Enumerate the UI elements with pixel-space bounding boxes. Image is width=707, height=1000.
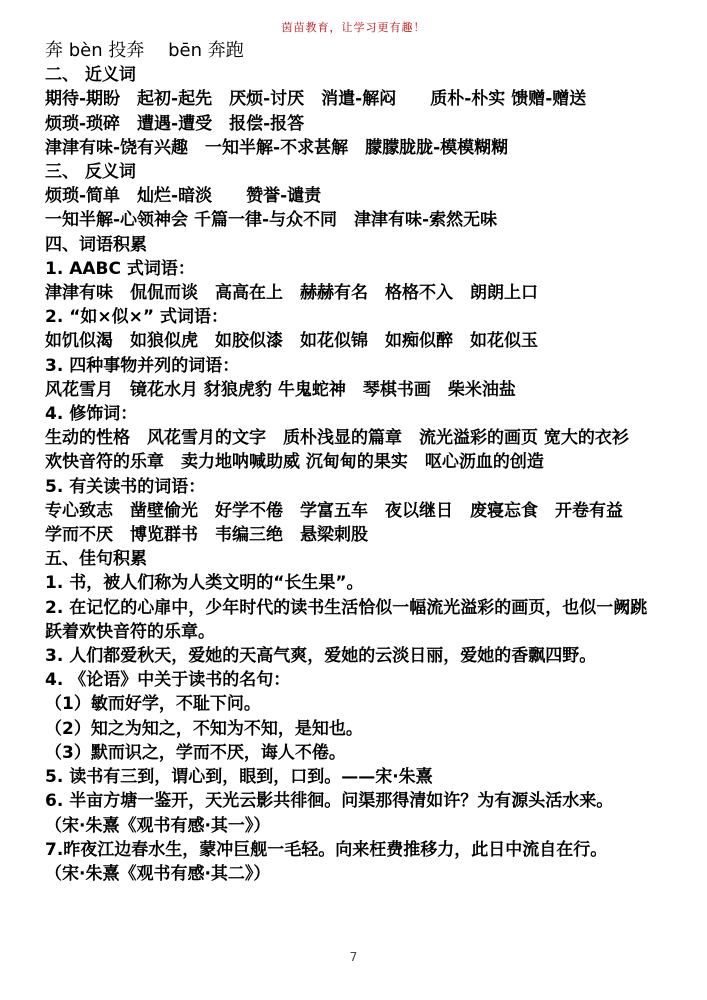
- text-line: 3. 四种事物并列的词语：: [45, 354, 667, 378]
- text-line: 1. AABC 式词语：: [45, 257, 667, 281]
- text-line: （宋·朱熹《观书有感·其一》）: [45, 814, 667, 838]
- text-line: 欢快音符的乐章 卖力地呐喊助威 沉甸甸的果实 呕心沥血的创造: [45, 450, 667, 474]
- text-line: 2. “如×似×” 式词语：: [45, 305, 667, 329]
- text-line: 学而不厌 博览群书 韦编三绝 悬梁刺股: [45, 523, 667, 547]
- text-line: 风花雪月 镜花水月 豺狼虎豹 牛鬼蛇神 琴棋书画 柴米油盐: [45, 378, 667, 402]
- text-line: 7.昨夜江边春水生，蒙冲巨舰一毛轻。向来枉费推移力，此日中流自在行。: [45, 838, 667, 862]
- text-line: 五、佳句积累: [45, 547, 667, 571]
- text-line: 5. 读书有三到，谓心到，眼到，口到。——宋·朱熹: [45, 765, 667, 789]
- text-line: 二、 近义词: [45, 63, 667, 87]
- text-line: 奔 bèn 投奔 bēn 奔跑: [45, 39, 667, 63]
- text-line: 如饥似渴 如狼似虎 如胶似漆 如花似锦 如痴似醉 如花似玉: [45, 329, 667, 353]
- text-line: 1. 书，被人们称为人类文明的“长生果”。: [45, 571, 667, 595]
- document-body: 奔 bèn 投奔 bēn 奔跑二、 近义词期待-期盼 起初-起先 厌烦-讨厌 消…: [45, 39, 667, 886]
- document-page: 茵苗教育，让学习更有趣！ 奔 bèn 投奔 bēn 奔跑二、 近义词期待-期盼 …: [0, 0, 707, 1000]
- text-line: （宋·朱熹《观书有感·其二》）: [45, 862, 667, 886]
- text-line: 跃着欢快音符的乐章。: [45, 620, 667, 644]
- text-line: 生动的性格 风花雪月的文字 质朴浅显的篇章 流光溢彩的画页 宽大的衣衫: [45, 426, 667, 450]
- text-line: 一知半解-心领神会 千篇一律-与众不同 津津有味-索然无味: [45, 208, 667, 232]
- text-line: 6. 半亩方塘一鉴开，天光云影共徘徊。问渠那得清如许？为有源头活水来。: [45, 789, 667, 813]
- text-line: （2）知之为知之，不知为不知，是知也。: [45, 717, 667, 741]
- header-slogan: 茵苗教育，让学习更有趣！: [0, 19, 707, 35]
- text-line: 2. 在记忆的心扉中，少年时代的读书生活恰似一幅流光溢彩的画页，也似一阙跳: [45, 596, 667, 620]
- text-line: 四、词语积累: [45, 233, 667, 257]
- text-line: 烦琐-琐碎 遭遇-遭受 报偿-报答: [45, 112, 667, 136]
- text-line: 烦琐-简单 灿烂-暗淡 赞誉-谴责: [45, 184, 667, 208]
- text-line: 4. 修饰词：: [45, 402, 667, 426]
- text-line: 三、 反义词: [45, 160, 667, 184]
- text-line: 津津有味-饶有兴趣 一知半解-不求甚解 朦朦胧胧-模模糊糊: [45, 136, 667, 160]
- text-line: 期待-期盼 起初-起先 厌烦-讨厌 消遣-解闷 质朴-朴实 馈赠-赠送: [45, 87, 667, 111]
- text-line: 专心致志 凿壁偷光 好学不倦 学富五车 夜以继日 废寝忘食 开卷有益: [45, 499, 667, 523]
- text-line: 3. 人们都爱秋天，爱她的天高气爽，爱她的云淡日丽，爱她的香飘四野。: [45, 644, 667, 668]
- text-line: 5. 有关读书的词语：: [45, 475, 667, 499]
- text-line: 4. 《论语》中关于读书的名句：: [45, 668, 667, 692]
- text-line: （1）敏而好学，不耻下问。: [45, 692, 667, 716]
- text-line: （3）默而识之，学而不厌，诲人不倦。: [45, 741, 667, 765]
- text-line: 津津有味 侃侃而谈 高高在上 赫赫有名 格格不入 朗朗上口: [45, 281, 667, 305]
- page-number: 7: [0, 949, 707, 964]
